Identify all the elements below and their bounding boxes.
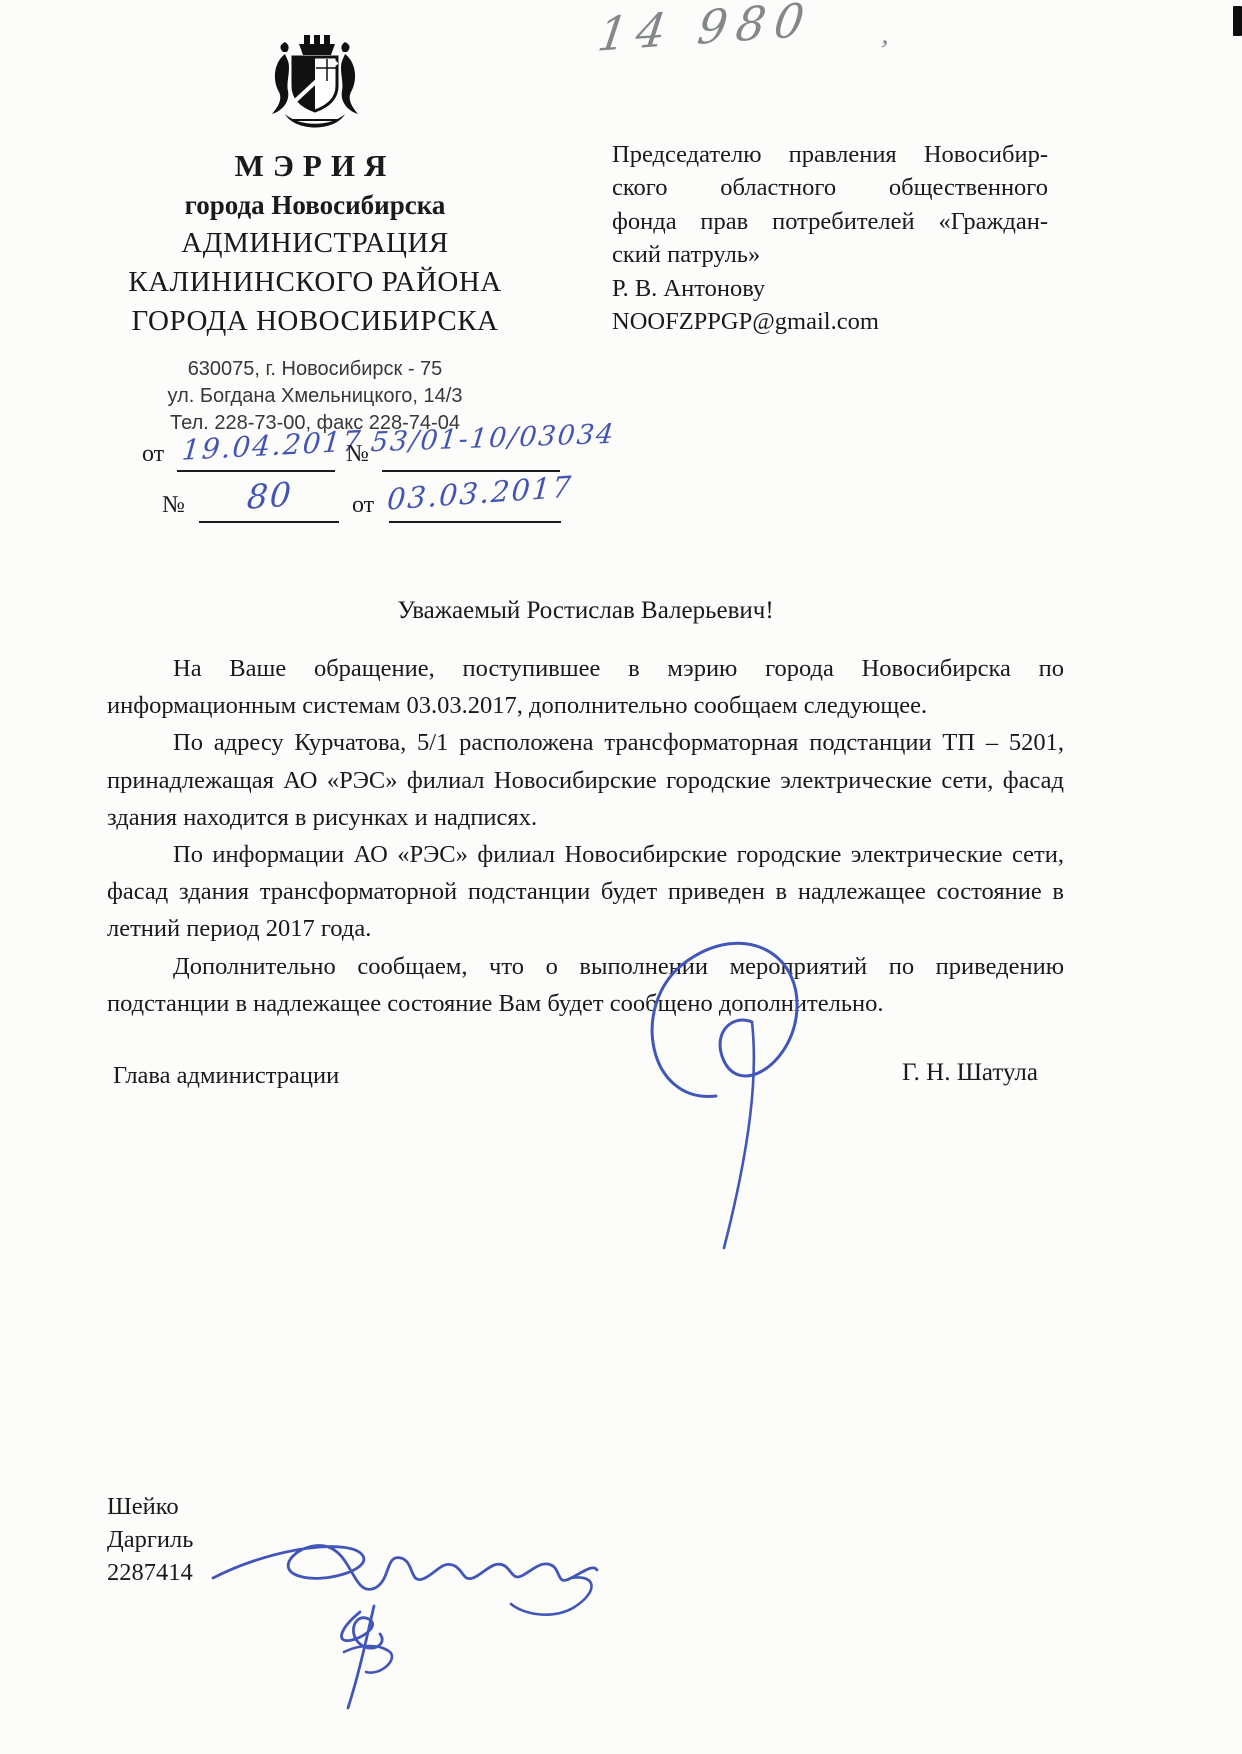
letterhead: МЭРИЯ города Новосибирска АДМИНИСТРАЦИЯ … <box>85 28 545 437</box>
executor-block: Шейко Даргиль 2287414 <box>107 1490 193 1589</box>
outgoing-date-label: от <box>142 441 164 468</box>
org-title-line: АДМИНИСТРАЦИЯ <box>85 227 545 260</box>
executor-line: 2287414 <box>107 1556 193 1589</box>
pencil-tick-mark: ’ <box>875 33 892 68</box>
head-signature-icon <box>628 926 818 1258</box>
salutation: Уважаемый Ростислав Валерьевич! <box>107 597 1064 625</box>
recipient-email: NOOFZPPGP@gmail.com <box>612 305 1048 338</box>
outgoing-number-label: № <box>346 441 369 468</box>
secondary-signature-icon <box>308 1598 433 1716</box>
org-address-line: 630075, г. Новосибирск - 75 <box>85 356 545 383</box>
org-title-line: города Новосибирска <box>85 190 545 221</box>
recipient-block: Председателю правления Новосибир- ского … <box>612 138 1048 338</box>
body-paragraph: По адресу Курчатова, 5/1 расположена тра… <box>107 724 1064 836</box>
executor-line: Шейко <box>107 1490 193 1523</box>
body-paragraph: Дополнительно сообщаем, что о выполнении… <box>107 948 1064 1022</box>
incoming-number-handwritten: 80 <box>246 474 295 516</box>
org-title-line: МЭРИЯ <box>85 148 545 184</box>
novosibirsk-coat-of-arms-icon <box>269 28 361 134</box>
incoming-date-label: от <box>352 492 374 519</box>
org-title-line: КАЛИНИНСКОГО РАЙОНА <box>85 266 545 299</box>
incoming-date-underline <box>389 521 561 523</box>
incoming-date-handwritten: 03.03.2017 <box>386 469 574 516</box>
body-paragraph: На Ваше обращение, поступившее в мэрию г… <box>107 650 1064 724</box>
incoming-number-underline <box>199 521 339 523</box>
recipient-line: Председателю правления Новосибир- <box>612 138 1048 171</box>
outgoing-date-underline <box>177 470 335 472</box>
incoming-number-label: № <box>162 492 185 519</box>
recipient-name: Р. В. Антонову <box>612 272 1048 305</box>
pencil-registration-number: 14 980 <box>594 0 816 62</box>
signer-position-title: Глава администрации <box>113 1062 339 1090</box>
signer-name: Г. Н. Шатула <box>902 1059 1038 1087</box>
org-address-line: ул. Богдана Хмельницкого, 14/3 <box>85 383 545 410</box>
executor-line: Даргиль <box>107 1523 193 1556</box>
recipient-line: ского областного общественного <box>612 171 1048 204</box>
org-title-line: ГОРОДА НОВОСИБИРСКА <box>85 305 545 338</box>
recipient-line: ский патруль» <box>612 238 1048 271</box>
recipient-line: фонда прав потребителей «Граждан- <box>612 205 1048 238</box>
scan-artifact <box>1233 6 1242 36</box>
letter-body: На Ваше обращение, поступившее в мэрию г… <box>107 650 1064 1022</box>
body-paragraph: По информации АО «РЭС» филиал Новосибирс… <box>107 836 1064 948</box>
